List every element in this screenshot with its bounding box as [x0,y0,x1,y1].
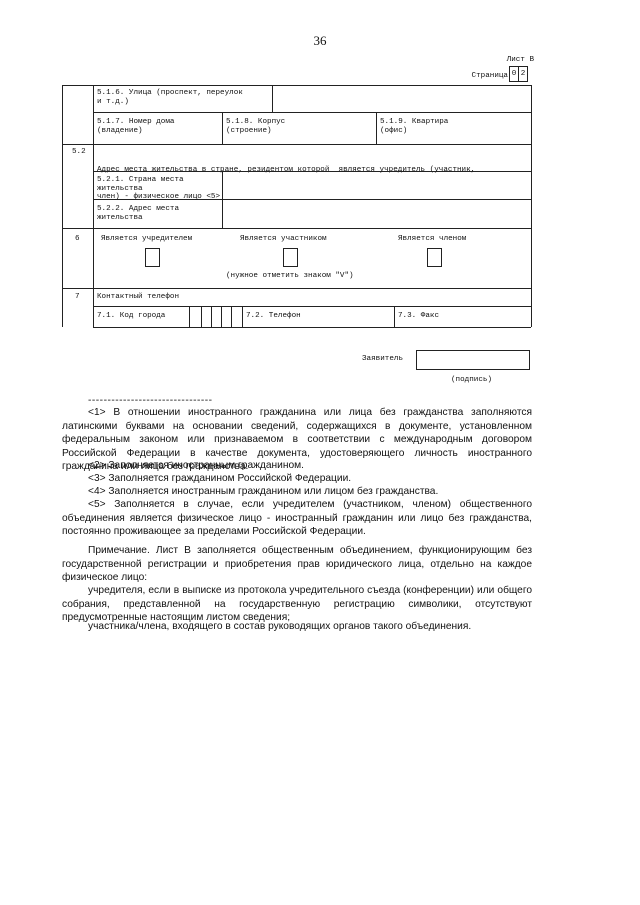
checkbox-hint: (нужное отметить знаком "V") [226,272,354,281]
footnote-4: <4> Заполняется иностранным гражданином … [62,485,532,499]
signature-hint: (подпись) [451,376,492,385]
participant-checkbox[interactable] [283,248,298,267]
cell-divider [376,112,377,144]
residence-address-input[interactable] [223,200,530,227]
table-border [93,85,94,327]
row-number-5-2: 5.2 [72,148,86,157]
footnote-5: <5> Заполняется в случае, если учредител… [62,498,532,539]
row-divider [62,288,531,289]
page-number: 36 [0,33,640,49]
cell-divider [93,112,531,113]
fax-label: 7.3. Факс [398,312,439,321]
row-number-7: 7 [75,293,80,302]
house-number-label: 5.1.7. Номер дома (владение) [97,118,174,136]
country-input[interactable] [223,172,530,199]
remark-participant-paragraph: участника/члена, входящего в состав руко… [62,620,532,634]
table-border [62,85,63,327]
footnote-2: <2> Заполняется иностранным гражданином. [62,459,532,473]
fax-input[interactable] [440,307,530,327]
founder-label: Является учредителем [101,235,192,244]
country-label: 5.2.1. Страна места жительства [97,176,184,194]
cell-divider [222,112,223,144]
contact-phone-title: Контактный телефон [97,293,179,302]
cell-divider [242,306,243,327]
residence-address-label: 5.2.2. Адрес места жительства [97,205,179,223]
page-label: Страница [472,72,508,81]
table-border [93,327,531,328]
signature-field[interactable] [416,350,530,370]
member-checkbox[interactable] [427,248,442,267]
apartment-label: 5.1.9. Квартира (офис) [380,118,448,136]
street-input[interactable] [273,86,530,111]
phone-label: 7.2. Телефон [246,312,301,321]
page-digit-box[interactable]: 2 [518,66,528,82]
city-code-input[interactable] [190,307,242,327]
member-label: Является членом [398,235,466,244]
founder-checkbox[interactable] [145,248,160,267]
remark-founder-paragraph: учредителя, если в выписке из протокола … [62,584,532,625]
building-label: 5.1.8. Корпус (строение) [226,118,285,136]
footnote-3: <3> Заполняется гражданином Российской Ф… [62,472,532,486]
city-code-label: 7.1. Код города [97,312,165,321]
cell-divider [394,306,395,327]
sheet-label: Лист В [507,56,534,65]
phone-input[interactable] [300,307,394,327]
row-number-6: 6 [75,235,80,244]
remark-paragraph: Примечание. Лист В заполняется обществен… [62,544,532,585]
table-border [531,85,532,327]
participant-label: Является участником [240,235,327,244]
row-divider [62,228,531,229]
row-divider [62,144,531,145]
applicant-label: Заявитель [362,355,403,364]
street-label: 5.1.6. Улица (проспект, переулок и т.д.) [97,89,243,107]
